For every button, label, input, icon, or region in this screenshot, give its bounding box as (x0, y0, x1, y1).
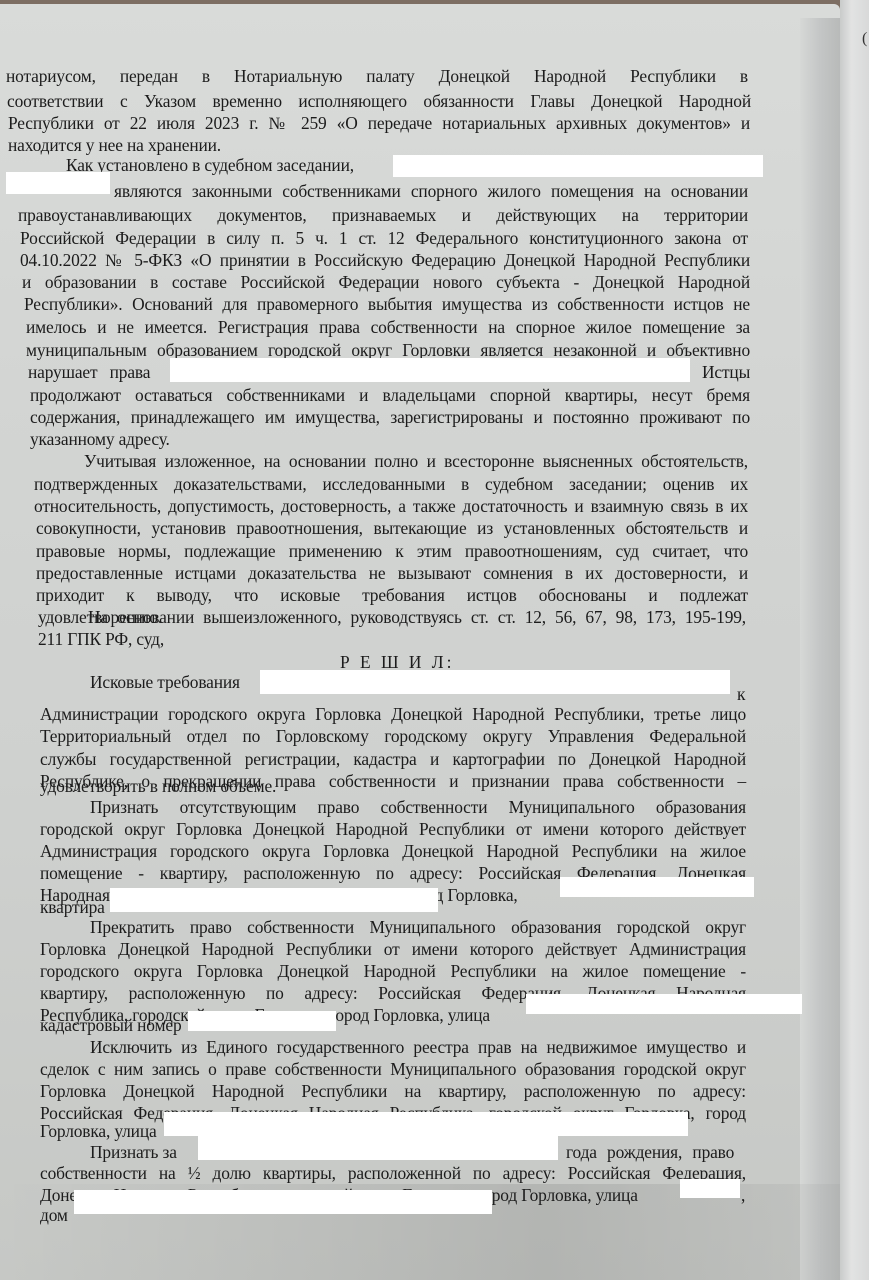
text-line: к (737, 684, 745, 704)
text-line: года рождения, право (566, 1142, 734, 1162)
text-line: относительность, допустимость, достоверн… (34, 496, 748, 516)
text-line: На основании вышеизложенного, руководств… (88, 607, 746, 627)
redaction-box (110, 888, 438, 912)
text-line: собственности на ½ долю квартиры, распол… (40, 1163, 746, 1183)
redaction-box (680, 1179, 740, 1198)
text-line: 211 ГПК РФ, суд, (38, 629, 164, 649)
redaction-box (188, 1011, 336, 1031)
next-page-glyph: ( (862, 30, 867, 48)
text-line: городского округа Горловка Донецкой Наро… (40, 961, 746, 981)
text-line: Исключить из Единого государственного ре… (90, 1037, 746, 1057)
text-line: Территориальный отдел по Горловскому гор… (40, 726, 746, 746)
text-line: и образовании в составе Российской Федер… (22, 272, 750, 292)
text-line: Учитывая изложенное, на основании полно … (84, 451, 748, 471)
next-page-edge (840, 0, 869, 1280)
text-line: Администрация городского округа Горловка… (40, 841, 746, 861)
text-line: Горловка, улица (40, 1121, 157, 1141)
text-line: правовые нормы, подлежащие применению к … (36, 541, 748, 561)
redaction-box (526, 994, 802, 1014)
text-line: нотариусом, передан в Нотариальную палат… (6, 66, 748, 86)
text-line: квартира (40, 897, 105, 917)
page-curl-shadow (800, 18, 840, 1280)
text-line: содержания, принадлежащего им имущества,… (30, 407, 750, 427)
text-line: нарушает права (28, 362, 150, 382)
redaction-box (198, 1136, 558, 1160)
text-line: Российской Федерации в силу п. 5 ч. 1 ст… (20, 228, 748, 248)
redaction-box (560, 877, 754, 897)
text-line: Республики». Оснований для правомерного … (24, 294, 750, 314)
text-line: совокупности, установив правоотношения, … (36, 518, 748, 538)
text-line: Горловка Донецкой Народной Республики на… (40, 1081, 746, 1101)
text-line: Горловка Донецкой Народной Республики от… (40, 939, 746, 959)
text-line: кадастровый номер (40, 1015, 181, 1035)
text-line: Истцы (702, 362, 750, 382)
text-line: имелось и не имеется. Регистрация права … (26, 317, 750, 337)
text-line: правоустанавливающих документов, признав… (18, 205, 748, 225)
text-line: Администрации городского округа Горловка… (40, 704, 746, 724)
redaction-box (393, 155, 763, 177)
text-line: соответствии с Указом временно исполняющ… (7, 91, 751, 111)
text-line: сделок с ним запись о праве собственност… (40, 1059, 746, 1079)
text-line: указанному адресу. (30, 429, 170, 449)
text-line: являются законными собственниками спорно… (114, 181, 748, 201)
text-line: дом (40, 1205, 68, 1225)
redaction-box (6, 172, 110, 194)
text-line: Признать отсутствующим право собственнос… (90, 797, 746, 817)
text-line: удовлетворить в полном объеме. (40, 776, 276, 796)
text-line: подтвержденных доказательствами, исследо… (34, 474, 748, 494)
text-line: Прекратить право собственности Муниципал… (90, 917, 746, 937)
text-line: , (741, 1185, 745, 1205)
text-line: службы государственной регистрации, када… (40, 749, 746, 769)
text-line: Признать за (90, 1142, 177, 1162)
redaction-box (164, 1112, 688, 1136)
text-line: продолжают оставаться собственниками и в… (30, 385, 750, 405)
redaction-box (74, 1190, 492, 1214)
text-line: муниципальным образованием городской окр… (26, 340, 750, 360)
text-line: Исковые требования (90, 672, 240, 692)
text-line: предоставленные истцами доказательства н… (36, 563, 748, 583)
redaction-box (170, 358, 690, 382)
redaction-box (260, 670, 730, 694)
text-line: находится у нее на хранении. (8, 135, 221, 155)
decision-heading: Р Е Ш И Л: (340, 652, 454, 672)
text-line: городской округ Горловка Донецкой Народн… (40, 819, 746, 839)
text-line: приходит к выводу, что исковые требовани… (36, 585, 748, 605)
text-line: Республики от 22 июля 2023 г. № 259 «О п… (8, 113, 750, 133)
text-line: 04.10.2022 № 5-ФКЗ «О принятии в Российс… (20, 250, 750, 270)
